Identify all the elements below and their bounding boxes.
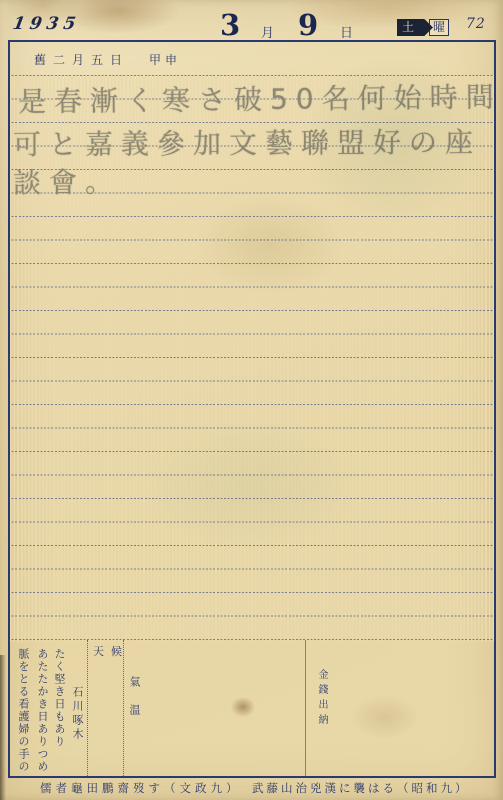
poem-column-1: 脈をとる看護婦の手の xyxy=(15,648,31,773)
day-number: 9 xyxy=(298,8,318,42)
diary-content-box: 舊二月五日 甲申 是春漸く寒さ破50名何始時間 可と嘉義參加文藝聯盟好の座 談會… xyxy=(8,40,496,778)
history-left: 儒者龜田鵬齋歿す（文政九） xyxy=(40,780,242,796)
old-calendar-date: 舊二月五日 xyxy=(34,51,129,68)
weather-label: 天候 xyxy=(93,643,129,659)
poem-author: 石川啄木 xyxy=(69,686,85,742)
history-right: 武藤山治兇漢に襲はる（昭和九） xyxy=(252,780,470,796)
ganzhi-label: 甲申 xyxy=(149,51,181,68)
diary-page: 1935 3 月 9 日 土 曜 72 舊二月五日 甲申 是春漸く寒さ破50名何… xyxy=(0,0,503,800)
poem-column-3: たく堅き日もあり xyxy=(51,648,67,748)
money-label: 金錢出納 xyxy=(314,669,329,729)
year-label: 1935 xyxy=(11,14,82,34)
month-number: 3 xyxy=(220,8,240,42)
page-number: 72 xyxy=(466,16,486,32)
handwriting-line-3: 談會。 xyxy=(13,160,121,201)
month-char: 月 xyxy=(261,22,274,41)
weekday-badge: 土 曜 xyxy=(397,19,449,36)
lunar-date-header: 舊二月五日 甲申 xyxy=(34,51,181,68)
weekday-flag: 土 xyxy=(397,19,433,36)
day-char: 日 xyxy=(340,22,353,41)
footer-divider-3 xyxy=(305,640,306,776)
footer-divider-2 xyxy=(123,640,124,776)
temperature-label: 氣温 xyxy=(126,676,142,732)
handwriting-line-1: 是春漸く寒さ破50名何始時間 xyxy=(18,75,502,120)
poem-column-2: あたたかき日ありつめ xyxy=(34,648,50,773)
footer-divider-1 xyxy=(87,640,88,776)
handwriting-line-2: 可と嘉義參加文藝聯盟好の座 xyxy=(13,121,481,163)
page-edge-shadow xyxy=(0,655,6,800)
